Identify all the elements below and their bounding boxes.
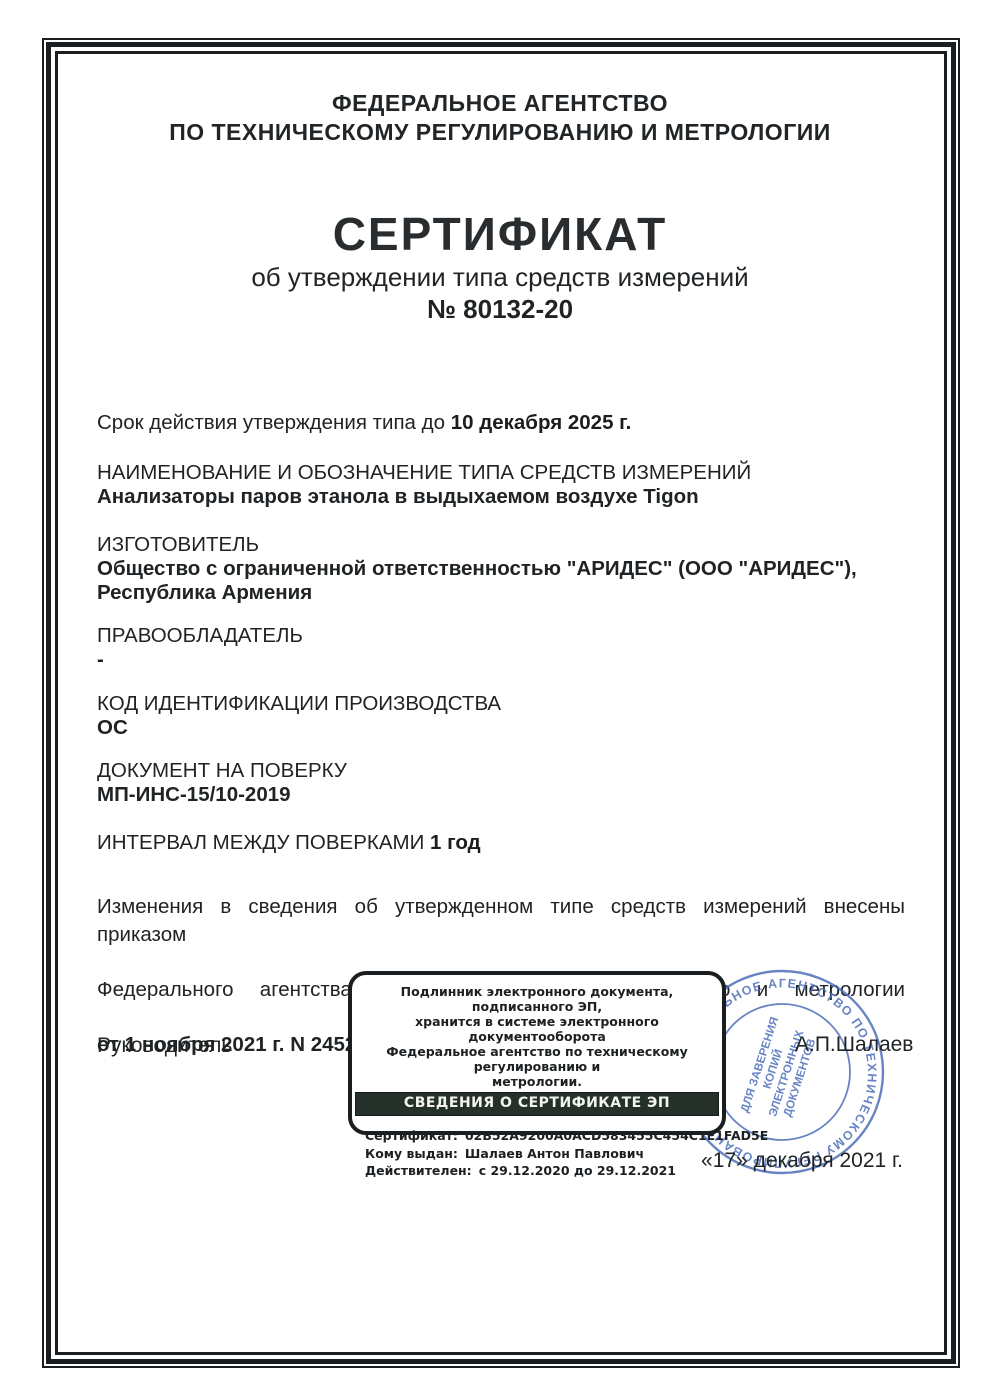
interval-line: ИНТЕРВАЛ МЕЖДУ ПОВЕРКАМИ 1 год — [97, 831, 905, 855]
section-verification-document: ДОКУМЕНТ НА ПОВЕРКУ МП-ИНС-15/10-2019 — [97, 759, 905, 807]
certificate-page: ФЕДЕРАЛЬНОЕ АГЕНТСТВО ПО ТЕХНИЧЕСКОМУ РЕ… — [0, 0, 1000, 1400]
section-value: Анализаторы паров этанола в выдыхаемом в… — [97, 485, 905, 509]
document-date: «17» декабря 2021 г. — [701, 1149, 903, 1173]
certificate-info-band: СВЕДЕНИЯ О СЕРТИФИКАТЕ ЭП — [355, 1092, 719, 1116]
section-value: Общество с ограниченной ответственностью… — [97, 557, 905, 605]
section-label: ИЗГОТОВИТЕЛЬ — [97, 533, 905, 557]
section-manufacturer: ИЗГОТОВИТЕЛЬ Общество с ограниченной отв… — [97, 533, 905, 605]
interval-label: ИНТЕРВАЛ МЕЖДУ ПОВЕРКАМИ — [97, 831, 430, 854]
signature-note-line: Подлинник электронного документа, подпис… — [362, 984, 712, 1014]
certificate-number: № 80132-20 — [0, 294, 1000, 325]
issued-to-row: Кому выдан:Шалаев Антон Павлович — [365, 1145, 722, 1163]
section-value: МП-ИНС-15/10-2019 — [97, 783, 905, 807]
row-value: с 29.12.2020 до 29.12.2021 — [479, 1163, 676, 1178]
digital-signature-panel: Подлинник электронного документа, подпис… — [348, 971, 726, 1135]
certificate-info-rows: Сертификат:02B52A9200A0ACD583455C454C1E1… — [352, 1116, 722, 1180]
document-title: СЕРТИФИКАТ — [0, 207, 1000, 261]
validity-line: Срок действия утверждения типа до 10 дек… — [97, 411, 905, 435]
section-type-name: НАИМЕНОВАНИЕ И ОБОЗНАЧЕНИЕ ТИПА СРЕДСТВ … — [97, 461, 905, 509]
interval-value: 1 год — [430, 831, 481, 854]
section-production-code: КОД ИДЕНТИФИКАЦИИ ПРОИЗВОДСТВА ОС — [97, 692, 905, 740]
validity-value: 10 декабря 2025 г. — [451, 411, 632, 434]
row-value: 02B52A9200A0ACD583455C454C1E1FAD5E — [465, 1128, 768, 1143]
signatory-role: Руководитель — [97, 1034, 232, 1058]
signature-panel-note: Подлинник электронного документа, подпис… — [352, 975, 722, 1089]
row-label: Действителен: — [365, 1163, 472, 1178]
validity-label: Срок действия утверждения типа до — [97, 411, 451, 434]
section-label: КОД ИДЕНТИФИКАЦИИ ПРОИЗВОДСТВА — [97, 692, 905, 716]
section-label: ДОКУМЕНТ НА ПОВЕРКУ — [97, 759, 905, 783]
section-value: ОС — [97, 716, 905, 740]
section-rights-holder: ПРАВООБЛАДАТЕЛЬ - — [97, 624, 905, 672]
row-value: Шалаев Антон Павлович — [465, 1146, 644, 1161]
valid-period-row: Действителен:с 29.12.2020 до 29.12.2021 — [365, 1162, 722, 1180]
document-subtitle: об утверждении типа средств измерений — [0, 262, 1000, 293]
agency-name-line1: ФЕДЕРАЛЬНОЕ АГЕНТСТВО — [0, 90, 1000, 117]
signature-note-line: хранится в системе электронного документ… — [362, 1014, 712, 1044]
row-label: Сертификат: — [365, 1128, 458, 1143]
signature-note-line: Федеральное агентство по техническому ре… — [362, 1044, 712, 1074]
section-label: ПРАВООБЛАДАТЕЛЬ — [97, 624, 905, 648]
signatory-name: А.П.Шалаев — [795, 1033, 913, 1057]
signature-note-line: метрологии. — [362, 1074, 712, 1089]
certificate-row: Сертификат:02B52A9200A0ACD583455C454C1E1… — [365, 1127, 722, 1145]
section-label: НАИМЕНОВАНИЕ И ОБОЗНАЧЕНИЕ ТИПА СРЕДСТВ … — [97, 461, 905, 485]
agency-name-line2: ПО ТЕХНИЧЕСКОМУ РЕГУЛИРОВАНИЮ И МЕТРОЛОГ… — [0, 119, 1000, 146]
row-label: Кому выдан: — [365, 1146, 458, 1161]
section-value: - — [97, 648, 905, 672]
